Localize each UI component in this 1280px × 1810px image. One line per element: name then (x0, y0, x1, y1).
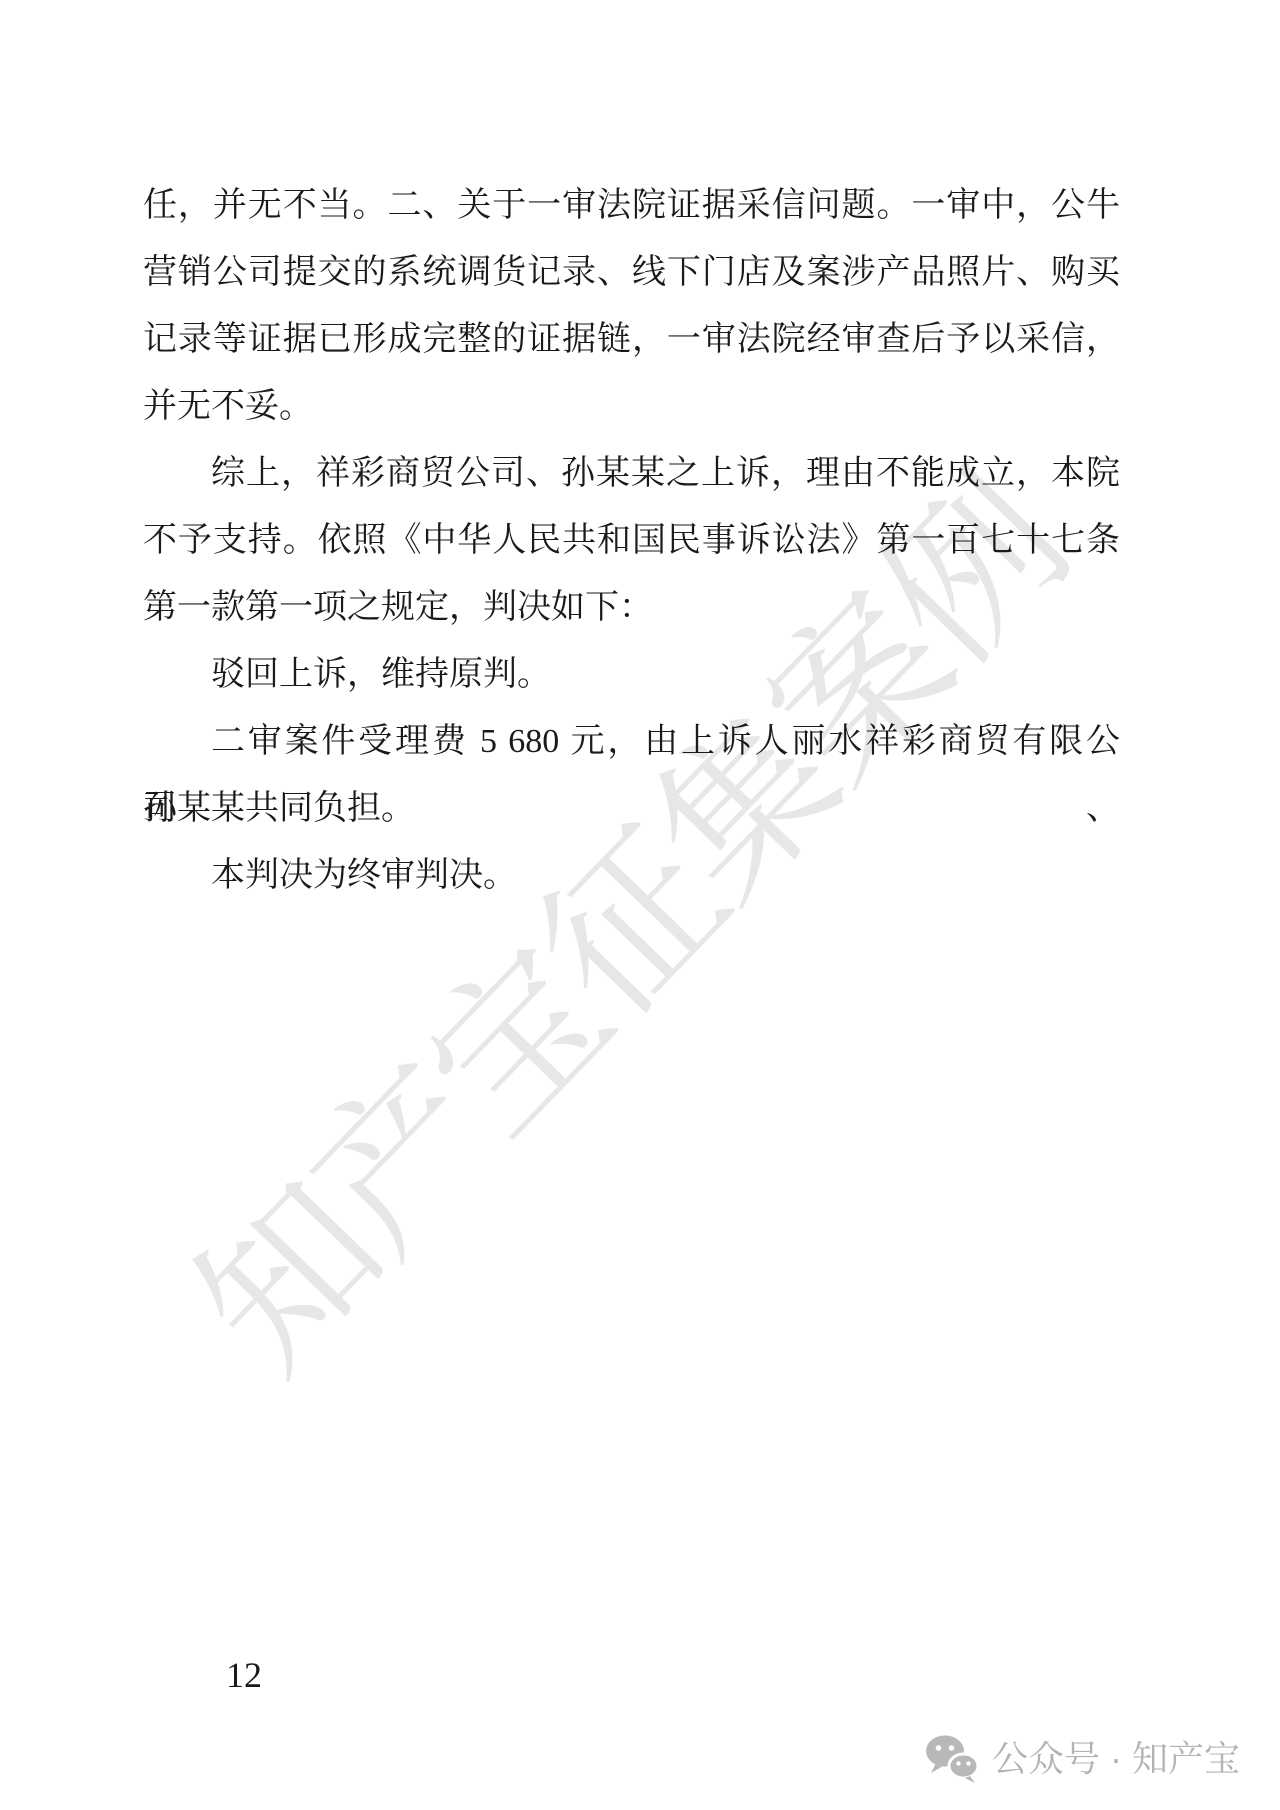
text-line: 第一款第一项之规定，判决如下： (143, 574, 1120, 641)
page-number: 12 (226, 1655, 262, 1695)
judgment-body-text: 任，并无不当。二、关于一审法院证据采信问题。一审中，公牛 营销公司提交的系统调货… (143, 172, 1120, 909)
text-line: 任，并无不当。二、关于一审法院证据采信问题。一审中，公牛 (143, 172, 1120, 239)
text-line: 并无不妥。 (143, 373, 1120, 440)
text-line: 二审案件受理费 5 680 元，由上诉人丽水祥彩商贸有限公司、 (143, 708, 1120, 775)
text-line: 驳回上诉，维持原判。 (143, 641, 1120, 708)
footer-brand: 公众号 · 知产宝 (924, 1733, 1240, 1785)
text-line: 营销公司提交的系统调货记录、线下门店及案涉产品照片、购买 (143, 239, 1120, 306)
wechat-icon (924, 1734, 980, 1784)
text-line: 不予支持。依照《中华人民共和国民事诉讼法》第一百七十七条 (143, 507, 1120, 574)
text-line: 记录等证据已形成完整的证据链，一审法院经审查后予以采信， (143, 306, 1120, 373)
footer-brand-label: 公众号 · 知产宝 (992, 1733, 1240, 1785)
judgment-document-page: 知产宝征集案例 任，并无不当。二、关于一审法院证据采信问题。一审中，公牛 营销公… (0, 0, 1280, 1810)
text-line: 本判决为终审判决。 (143, 842, 1120, 909)
text-line: 综上，祥彩商贸公司、孙某某之上诉，理由不能成立，本院 (143, 440, 1120, 507)
